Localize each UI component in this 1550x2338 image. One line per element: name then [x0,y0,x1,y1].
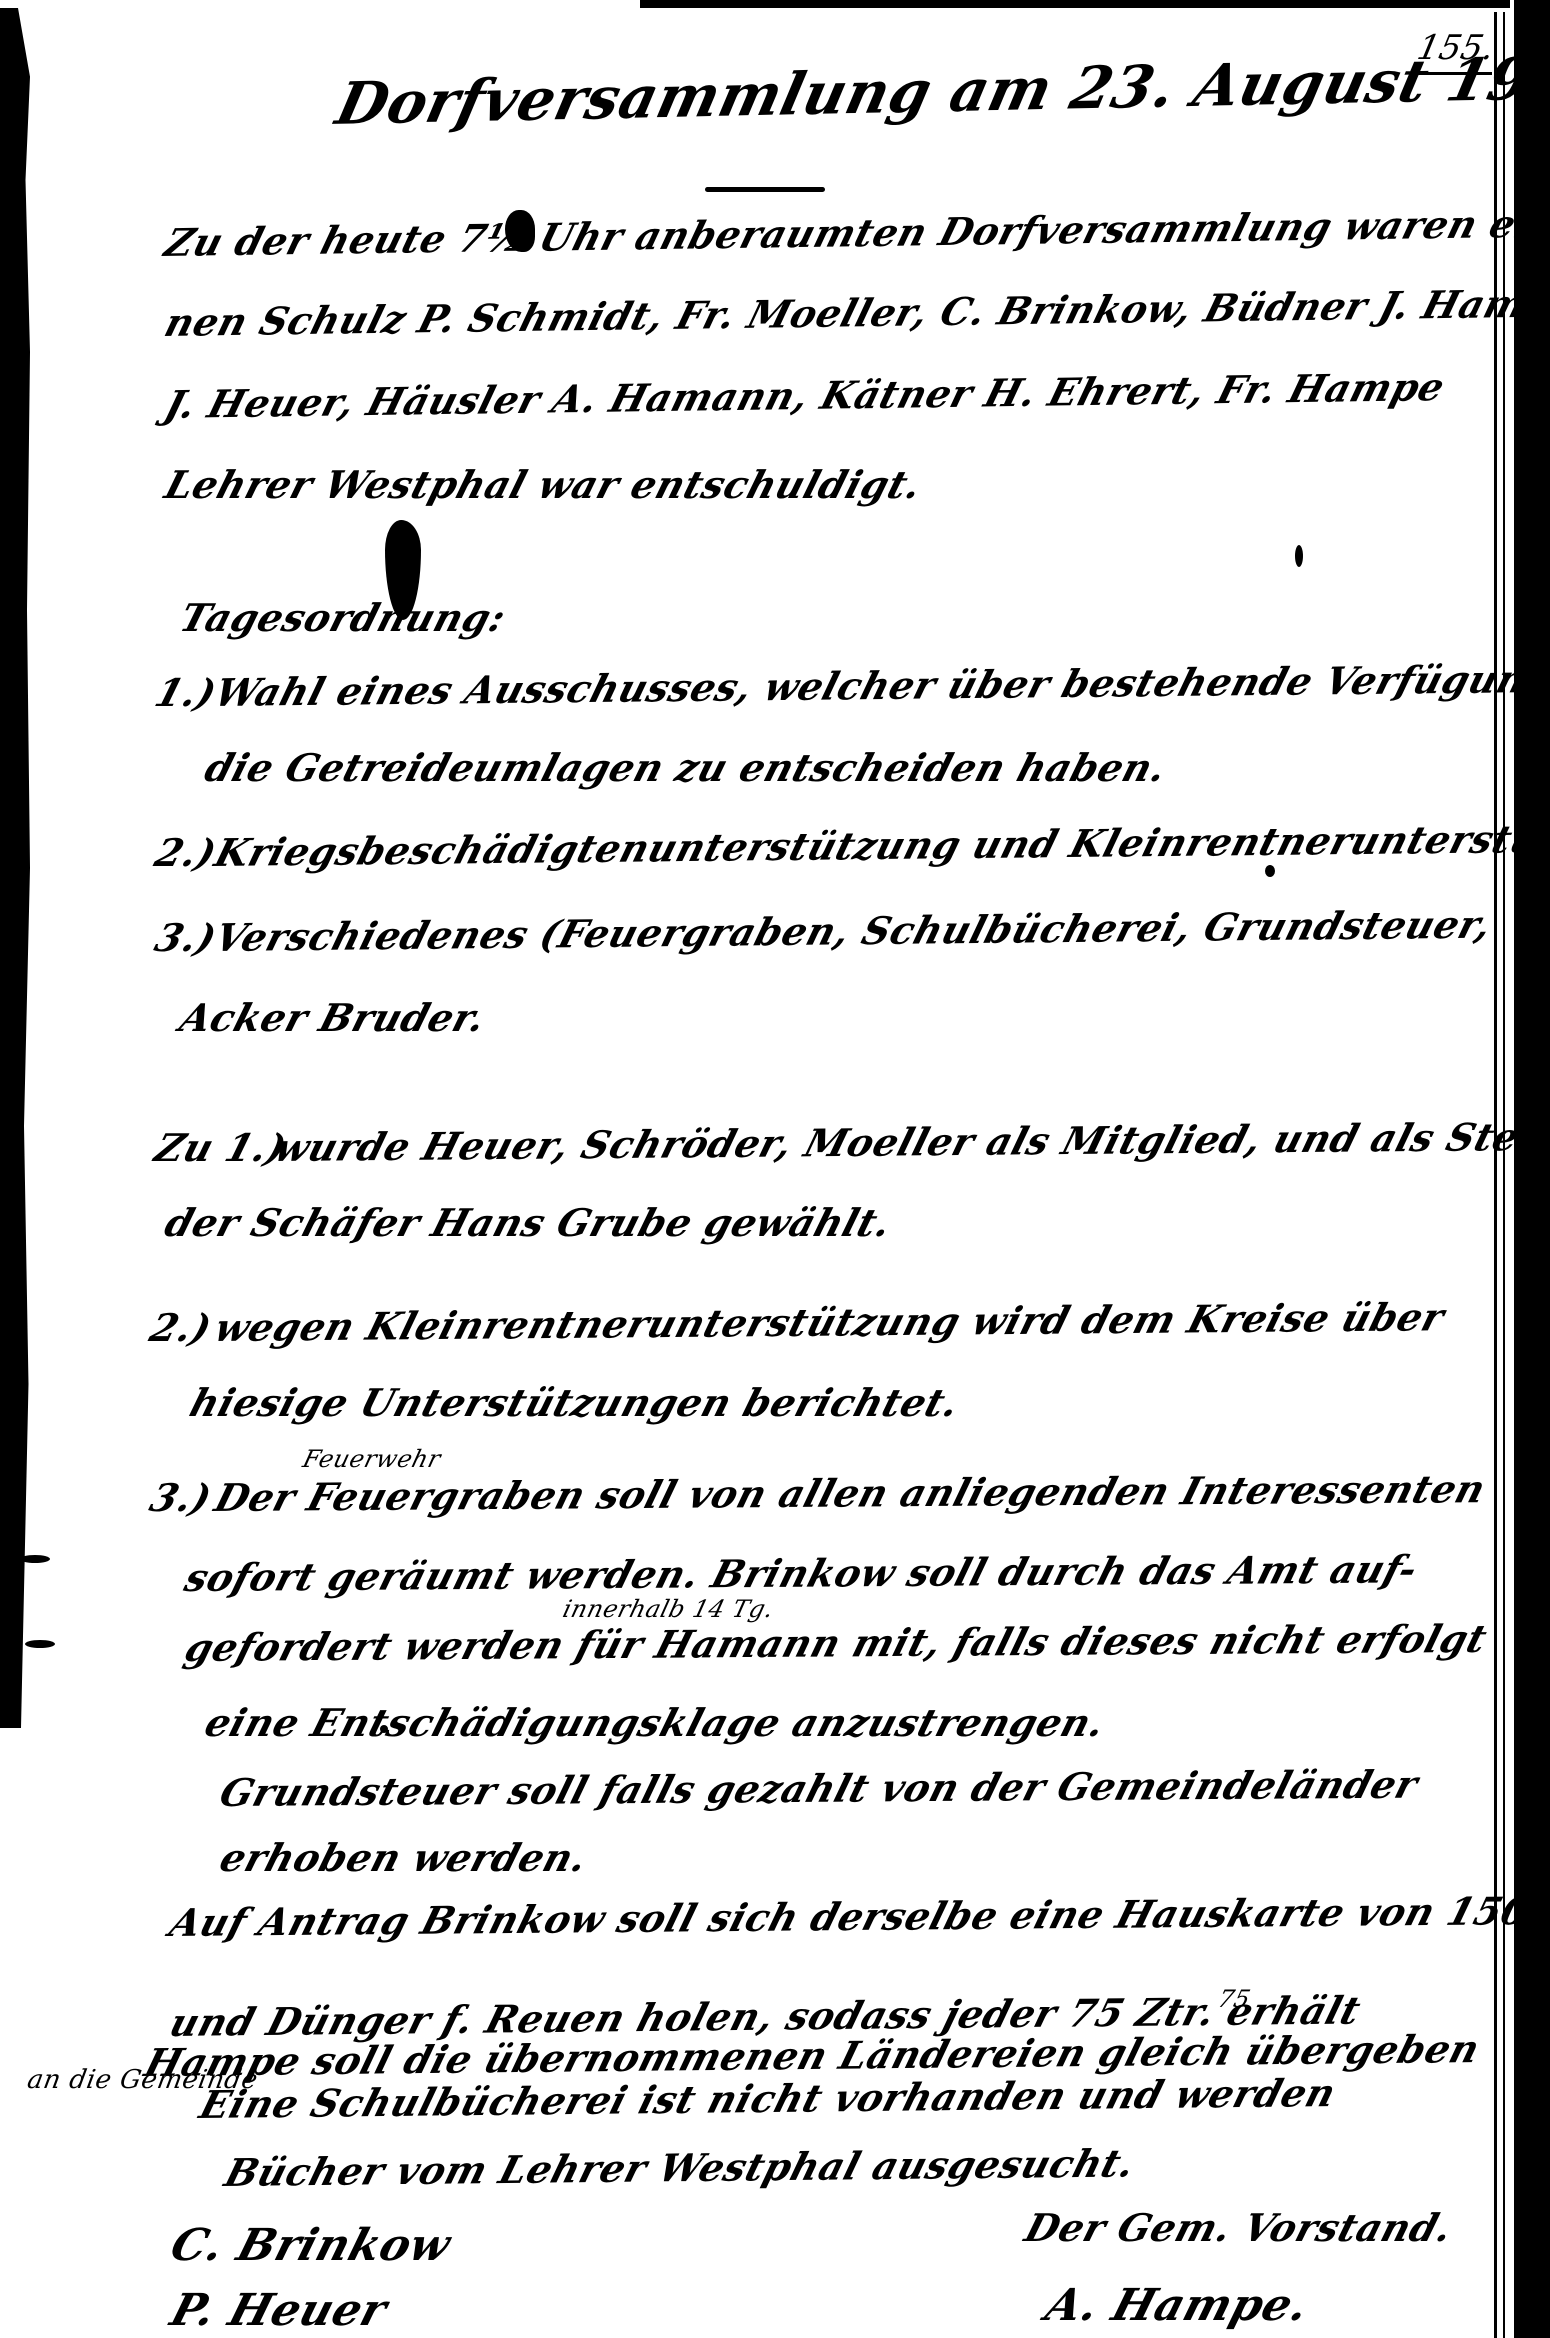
resolution-1-line-1: wurde Heuer, Schröder, Moeller als Mitgl… [270,1112,1550,1170]
title-underline [705,187,825,192]
intro-line-3: J. Heuer, Häusler A. Hamann, Kätner H. E… [160,364,1450,427]
scan-speck [20,1555,50,1563]
agenda-item-2-line-1: Kriegsbeschädigtenunterstützung und Klei… [210,815,1550,875]
page-margin-rule [1494,12,1497,2338]
resolution-2-line-1: wegen Kleinrentnerunterstützung wird dem… [210,1294,1450,1350]
agenda-heading: Tagesordnung: [175,595,511,640]
resolution-3-line-1: Der Feuergraben soll von allen anliegend… [210,1466,1491,1520]
scan-speck [1295,545,1303,567]
closing-line-1: Auf Antrag Brinkow soll sich derselbe ei… [165,1887,1550,1945]
resolution-number: 3.) [145,1475,217,1520]
signature-right-1: A. Hampe. [1040,2280,1315,2331]
resolution-3-line-4: eine Entschädigungsklage anzustrengen. [200,1700,1110,1745]
agenda-item-3-line-1: Verschiedenes (Feuergraben, Schulbüchere… [210,902,1497,960]
signature-right-heading: Der Gem. Vorstand. [1020,2205,1458,2250]
scan-border-top [640,0,1510,8]
resolution-3-line-3: gefordert werden für Hamann mit, falls d… [180,1616,1492,1670]
resolution-2-line-2: hiesige Unterstützungen berichtet. [185,1380,965,1425]
interlinear-insert: innerhalb 14 Tg. [560,1595,777,1623]
page-margin-rule-inner [1503,12,1505,2338]
agenda-item-3-line-2: Acker Bruder. [175,995,491,1040]
intro-line-1: Zu der heute 7½ Uhr anberaumten Dorfvers… [160,199,1550,265]
signature-left-2: P. Heuer [165,2285,393,2336]
resolution-3-line-2: sofort geräumt werden. Brinkow soll durc… [180,1546,1423,1600]
resolution-number: 2.) [145,1305,217,1350]
closing-line-5: Bücher vom Lehrer Westphal ausgesucht. [220,2140,1140,2195]
agenda-item-1-line-2: die Getreideumlagen zu entscheiden haben… [200,745,1172,790]
scan-border-left [0,8,30,1728]
interlinear-note: Feuerwehr [300,1445,444,1473]
resolution-3-line-5: Grundsteuer soll falls gezahlt von der G… [215,1762,1423,1815]
scanned-document-page: 155. Dorfversammlung am 23. August 1921 … [0,0,1550,2338]
intro-line-2: nen Schulz P. Schmidt, Fr. Moeller, C. B… [160,280,1550,345]
resolution-3-line-6: erhoben werden. [215,1835,593,1880]
scan-speck [1265,865,1275,877]
scan-speck [380,1725,388,1733]
intro-line-4: Lehrer Westphal war entschuldigt. [160,462,927,507]
resolution-1-line-2: der Schäfer Hans Grube gewählt. [160,1200,897,1245]
signature-left-1: C. Brinkow [165,2220,456,2271]
scan-speck [25,1640,55,1648]
document-title: Dorfversammlung am 23. August 1921 [330,43,1550,138]
book-binding-edge [1514,0,1550,2338]
agenda-item-1-line-1: Wahl eines Ausschusses, welcher über bes… [210,654,1550,715]
